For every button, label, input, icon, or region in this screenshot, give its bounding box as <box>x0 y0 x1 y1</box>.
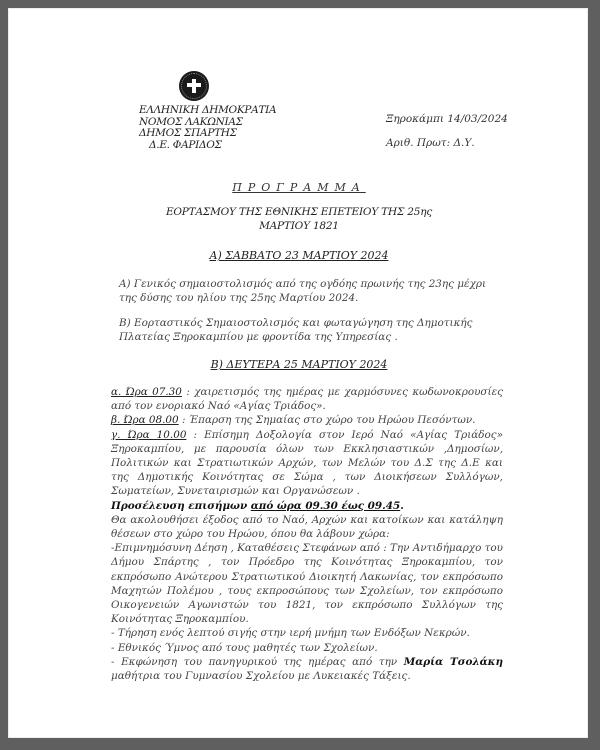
time-label: α. Ώρα 07.30 <box>111 386 182 398</box>
schedule-text: : Έπαρση της Σημαίας στο χώρο του Ηρώου … <box>179 414 476 426</box>
arrival-note: Προσέλευση επισήμων από ώρα 09.30 έως 09… <box>111 499 503 513</box>
arrival-time: από ώρα 09.30 έως 09.45 <box>251 500 400 512</box>
section-a-heading: Α) ΣΑΒΒΑΤΟ 23 ΜΑΡΤΙΟΥ 2024 <box>9 249 589 262</box>
place-date: Ξηροκάμπι 14/03/2024 <box>386 107 508 131</box>
issuer-line: ΔΗΜΟΣ ΣΠΑΡΤΗΣ <box>139 128 276 140</box>
section-b-heading: Β) ΔΕΥΤΕΡΑ 25 ΜΑΡΤΙΟΥ 2024 <box>9 358 589 371</box>
schedule-item-beta: β. Ώρα 08.00 : Έπαρση της Σημαίας στο χώ… <box>111 413 503 427</box>
reference-block: Ξηροκάμπι 14/03/2024 Αριθ. Πρωτ: Δ.Υ. <box>386 107 508 155</box>
procession-text: Θα ακολουθήσει έξοδος από το Ναό, Αρχών … <box>111 513 503 541</box>
speech-text: μαθήτρια του Γυμνασίου Σχολείου με Λυκει… <box>111 670 411 682</box>
section-a-item-a: Α) Γενικός σημαιοστολισμός από της ογδόη… <box>119 277 501 305</box>
silence-item: - Τήρηση ενός λεπτού σιγής στην ιερή μνή… <box>111 626 503 640</box>
time-label: γ. Ώρα 10.00 <box>111 429 186 441</box>
section-b-body: α. Ώρα 07.30 : χαιρετισμός της ημέρας με… <box>111 385 503 683</box>
speech-item: - Εκφώνηση του πανηγυρικού της ημέρας απ… <box>111 655 503 683</box>
issuer-line: ΕΛΛΗΝΙΚΗ ΔΗΜΟΚΡΑΤΙΑ <box>139 105 276 117</box>
time-label: β. Ώρα 08.00 <box>111 414 179 426</box>
protocol-number: Αριθ. Πρωτ: Δ.Υ. <box>386 131 508 155</box>
arrival-label: Προσέλευση επισήμων <box>111 500 251 512</box>
issuer-line: Δ.Ε. ΦΑΡΙΔΟΣ <box>139 140 276 152</box>
program-document: ΕΛΛΗΝΙΚΗ ΔΗΜΟΚΡΑΤΙΑ ΝΟΜΟΣ ΛΑΚΩΝΙΑΣ ΔΗΜΟΣ… <box>9 9 589 739</box>
greek-coat-of-arms-icon <box>179 71 209 101</box>
document-page: ΕΛΛΗΝΙΚΗ ΔΗΜΟΚΡΑΤΙΑ ΝΟΜΟΣ ΛΑΚΩΝΙΑΣ ΔΗΜΟΣ… <box>8 8 588 738</box>
section-a-item-b: Β) Εορταστικός Σημαιοστολισμός και φωταγ… <box>119 316 501 344</box>
issuer-block: ΕΛΛΗΝΙΚΗ ΔΗΜΟΚΡΑΤΙΑ ΝΟΜΟΣ ΛΑΚΩΝΙΑΣ ΔΗΜΟΣ… <box>139 105 276 151</box>
schedule-item-alpha: α. Ώρα 07.30 : χαιρετισμός της ημέρας με… <box>111 385 503 413</box>
speaker-name: Μαρία Τσολάκη <box>404 656 503 668</box>
speech-text: - Εκφώνηση του πανηγυρικού της ημέρας απ… <box>111 656 404 668</box>
arrival-end: . <box>400 500 404 512</box>
anthem-item: - Εθνικός Ύμνος από τους μαθητές των Σχο… <box>111 641 503 655</box>
schedule-item-gamma: γ. Ώρα 10.00 : Επίσημη Δοξολογία στον Ιε… <box>111 428 503 499</box>
subtitle-line: ΜΑΡΤΙΟΥ 1821 <box>9 219 589 233</box>
subtitle-line: ΕΟΡΤΑΣΜΟΥ ΤΗΣ ΕΘΝΙΚΗΣ ΕΠΕΤΕΙΟΥ ΤΗΣ 25ης <box>9 205 589 219</box>
document-title: ΠΡΟΓΡΑΜΜΑ <box>9 181 589 194</box>
memorial-text: -Επιμνημόσυνη Δέηση , Καταθέσεις Στεφάνω… <box>111 541 503 626</box>
document-subtitle: ΕΟΡΤΑΣΜΟΥ ΤΗΣ ΕΘΝΙΚΗΣ ΕΠΕΤΕΙΟΥ ΤΗΣ 25ης … <box>9 205 589 233</box>
